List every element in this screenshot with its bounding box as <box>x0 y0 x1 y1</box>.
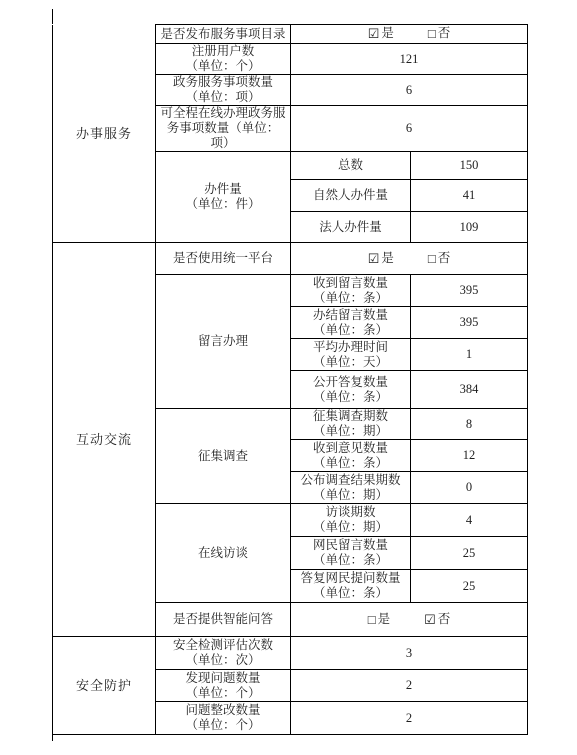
no-label: 否 <box>438 612 451 627</box>
sub-value-cell: 25 <box>411 570 528 603</box>
sub-item-label: 征集调查期数 <box>293 409 408 424</box>
item-label: 发现问题数量 <box>158 671 288 686</box>
yes-label: 是 <box>381 26 394 41</box>
checked-checkbox-icon: ☑ <box>424 612 436 627</box>
sub-item-unit: （单位：期） <box>293 424 408 439</box>
sub-value-cell: 109 <box>411 212 528 243</box>
sub-item-cell: 访谈期数 （单位：期） <box>291 504 411 537</box>
category-cell-service: 办事服务 <box>53 25 156 243</box>
sub-item-label: 收到留言数量 <box>293 276 408 291</box>
group-label-cell-message-handling: 留言办理 <box>156 275 291 409</box>
group-label-cell-case-volume: 办件量 （单位：件） <box>156 152 291 243</box>
sub-item-label: 答复网民提问数量 <box>293 571 408 586</box>
sub-item-cell: 收到留言数量 （单位：条） <box>291 275 411 307</box>
item-unit: （单位：个） <box>158 59 288 74</box>
sub-item-cell: 办结留言数量 （单位：条） <box>291 307 411 339</box>
no-label: 否 <box>438 26 451 41</box>
sub-value-cell: 1 <box>411 339 528 371</box>
sub-value-cell: 395 <box>411 307 528 339</box>
row-unified-platform: 互动交流 是否使用统一平台 ☑ 是 □ 否 <box>53 243 528 275</box>
sub-item-label: 公开答复数量 <box>293 375 408 390</box>
sub-item-unit: （单位：条） <box>293 586 408 601</box>
sub-value-cell: 150 <box>411 152 528 180</box>
yes-option: ☑ 是 <box>368 26 394 41</box>
report-table: 办事服务 是否发布服务事项目录 ☑ 是 □ 否 注册用户数 （单位：个） <box>52 24 528 735</box>
report-table-sheet: 办事服务 是否发布服务事项目录 ☑ 是 □ 否 注册用户数 （单位：个） <box>52 24 528 735</box>
group-label: 办件量 <box>158 182 288 197</box>
sub-item-cell: 征集调查期数 （单位：期） <box>291 409 411 440</box>
item-label-cell: 安全检测评估次数 （单位：次） <box>156 637 291 670</box>
sub-value-cell: 12 <box>411 440 528 472</box>
sub-item-unit: （单位：条） <box>293 456 408 471</box>
unchecked-checkbox-icon: □ <box>428 26 436 41</box>
item-label-cell: 发现问题数量 （单位：个） <box>156 670 291 702</box>
sub-item-unit: （单位：期） <box>293 520 408 535</box>
group-label-cell-survey: 征集调查 <box>156 409 291 504</box>
sub-item-unit: （单位：条） <box>293 553 408 568</box>
item-unit: （单位：项） <box>158 90 288 105</box>
sub-item-label: 平均办理时间 <box>293 340 408 355</box>
sub-item-unit: （单位：期） <box>293 488 408 503</box>
sub-value-cell: 0 <box>411 472 528 504</box>
value-cell: 6 <box>291 106 528 152</box>
sub-item-unit: （单位：天） <box>293 355 408 370</box>
yes-no-cell: ☑ 是 □ 否 <box>291 25 528 44</box>
table-cut-line <box>52 735 53 741</box>
item-label-cell: 问题整改数量 （单位：个） <box>156 702 291 735</box>
item-unit: （单位：次） <box>158 653 288 668</box>
sub-item-cell: 收到意见数量 （单位：条） <box>291 440 411 472</box>
yes-label: 是 <box>378 612 391 627</box>
sub-value-cell: 4 <box>411 504 528 537</box>
value-cell: 3 <box>291 637 528 670</box>
item-label-cell: 是否提供智能问答 <box>156 603 291 637</box>
value-cell: 121 <box>291 44 528 75</box>
item-unit: （单位：个） <box>158 718 288 733</box>
sub-item-label: 访谈期数 <box>293 505 408 520</box>
sub-item-cell: 总数 <box>291 152 411 180</box>
value-cell: 2 <box>291 702 528 735</box>
yes-label: 是 <box>381 251 394 266</box>
checked-checkbox-icon: ☑ <box>368 26 380 41</box>
sub-value-cell: 8 <box>411 409 528 440</box>
sub-item-cell: 公开答复数量 （单位：条） <box>291 371 411 409</box>
sub-item-label: 办结留言数量 <box>293 308 408 323</box>
row-service-catalog: 办事服务 是否发布服务事项目录 ☑ 是 □ 否 <box>53 25 528 44</box>
sub-value-cell: 25 <box>411 537 528 570</box>
category-cell-security: 安全防护 <box>53 637 156 735</box>
sub-item-unit: （单位：条） <box>293 390 408 405</box>
no-option: □ 否 <box>428 251 450 266</box>
row-security-checks: 安全防护 安全检测评估次数 （单位：次） 3 <box>53 637 528 670</box>
sub-item-cell: 法人办件量 <box>291 212 411 243</box>
category-cell-interaction: 互动交流 <box>53 243 156 637</box>
item-label: 政务服务事项数量 <box>158 75 288 90</box>
sub-item-cell: 公布调查结果期数 （单位：期） <box>291 472 411 504</box>
item-label-cell: 政务服务事项数量 （单位：项） <box>156 75 291 106</box>
item-label-cell: 注册用户数 （单位：个） <box>156 44 291 75</box>
no-option: ☑ 否 <box>424 612 450 627</box>
sub-item-unit: （单位：条） <box>293 323 408 338</box>
yes-option: ☑ 是 <box>368 251 394 266</box>
sub-value-cell: 395 <box>411 275 528 307</box>
sub-item-label: 收到意见数量 <box>293 441 408 456</box>
item-label-cell: 是否使用统一平台 <box>156 243 291 275</box>
sub-item-unit: （单位：条） <box>293 291 408 306</box>
item-label-cell: 是否发布服务事项目录 <box>156 25 291 44</box>
sub-item-cell: 网民留言数量 （单位：条） <box>291 537 411 570</box>
group-label-cell-online-interview: 在线访谈 <box>156 504 291 603</box>
sub-item-cell: 自然人办件量 <box>291 180 411 212</box>
yes-option: □ 是 <box>368 612 390 627</box>
item-label: 安全检测评估次数 <box>158 638 288 653</box>
yes-no-cell: □ 是 ☑ 否 <box>291 603 528 637</box>
item-label: 问题整改数量 <box>158 703 288 718</box>
unchecked-checkbox-icon: □ <box>368 612 376 627</box>
sub-value-cell: 384 <box>411 371 528 409</box>
unchecked-checkbox-icon: □ <box>428 251 436 266</box>
sub-value-cell: 41 <box>411 180 528 212</box>
yes-no-cell: ☑ 是 □ 否 <box>291 243 528 275</box>
no-option: □ 否 <box>428 26 450 41</box>
table-cut-line <box>52 9 53 24</box>
group-unit: （单位：件） <box>158 197 288 212</box>
item-unit: （单位：个） <box>158 686 288 701</box>
item-label-cell: 可全程在线办理政务服务事项数量（单位：项） <box>156 106 291 152</box>
no-label: 否 <box>438 251 451 266</box>
sub-item-label: 公布调查结果期数 <box>293 473 408 488</box>
value-cell: 2 <box>291 670 528 702</box>
sub-item-cell: 平均办理时间 （单位：天） <box>291 339 411 371</box>
checked-checkbox-icon: ☑ <box>368 251 380 266</box>
sub-item-label: 网民留言数量 <box>293 538 408 553</box>
sub-item-cell: 答复网民提问数量 （单位：条） <box>291 570 411 603</box>
value-cell: 6 <box>291 75 528 106</box>
item-label: 注册用户数 <box>158 44 288 59</box>
